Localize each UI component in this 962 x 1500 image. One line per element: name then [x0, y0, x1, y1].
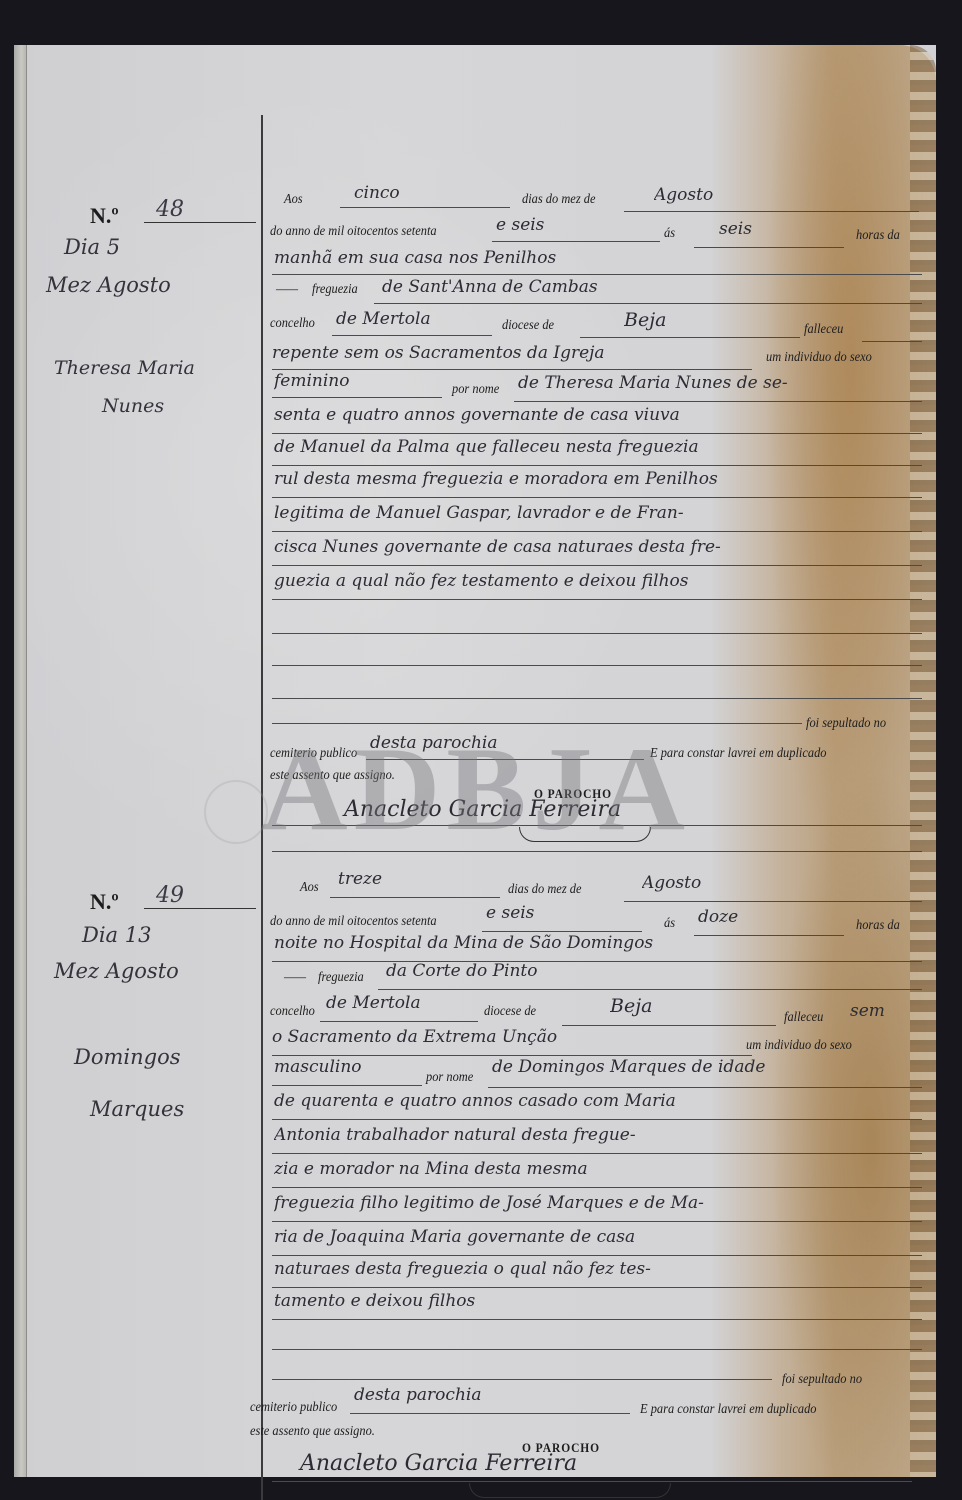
field-sacraments: repente sem os Sacramentos da Igreja	[272, 343, 605, 363]
label-individuo: um individuo do sexo	[766, 349, 872, 365]
field-concelho: de Mertola	[336, 309, 431, 329]
label-falleceu: falleceu	[784, 1009, 823, 1025]
body-line: guezia a qual não fez testamento e deixo…	[274, 571, 689, 591]
label-freguezia: ——	[284, 969, 306, 985]
entry-number-label: N.º	[90, 203, 119, 229]
field-sexo: feminino	[274, 371, 349, 391]
entry-number-label: N.º	[90, 889, 119, 915]
field-day: cinco	[354, 183, 400, 203]
field-cemiterio: desta parochia	[354, 1385, 481, 1405]
label-diocese: diocese de	[502, 317, 554, 333]
label-falleceu: falleceu	[804, 321, 843, 337]
label-sepultado: foi sepultado no	[782, 1371, 862, 1387]
field-month: Agosto	[642, 873, 701, 893]
label-as: ás	[664, 225, 675, 241]
body-line: de quarenta e quatro annos casado com Ma…	[274, 1091, 676, 1111]
margin-name-2: Marques	[90, 1097, 184, 1121]
body-line: ria de Joaquina Maria governante de casa	[274, 1227, 635, 1247]
field-hour: seis	[719, 219, 752, 239]
bleed-through-stamp	[204, 780, 268, 844]
entry-number: 49	[144, 883, 256, 909]
field-freguezia: da Corte do Pinto	[386, 961, 538, 981]
body-line: naturaes desta freguezia o qual não fez …	[274, 1259, 651, 1279]
label-constar: E para constar lavrei em duplicado	[640, 1401, 817, 1417]
label-freguezia: freguezia	[312, 281, 358, 297]
body-line: tamento e deixou filhos	[274, 1291, 475, 1311]
label-dias-mez: dias do mez de	[522, 191, 595, 207]
label-horas: horas da	[856, 227, 900, 243]
field-diocese: Beja	[610, 995, 652, 1017]
field-nome: de Domingos Marques de idade	[492, 1057, 765, 1077]
body-line: de Manuel da Palma que falleceu nesta fr…	[274, 437, 699, 457]
label-concelho: concelho	[270, 1003, 315, 1019]
field-sacraments: o Sacramento da Extrema Unção	[272, 1027, 557, 1047]
field-place: noite no Hospital da Mina de São Domingo…	[274, 933, 653, 953]
label-anno: do anno de mil oitocentos setenta	[270, 223, 437, 239]
margin-month: Mez Agosto	[54, 959, 179, 983]
label-horas: horas da	[856, 917, 900, 933]
label-diocese: diocese de	[484, 1003, 536, 1019]
label-anno: do anno de mil oitocentos setenta	[270, 913, 437, 929]
label-as: ás	[664, 915, 675, 931]
field-concelho: de Mertola	[326, 993, 421, 1013]
label-freguezia: freguezia	[318, 969, 364, 985]
body-line: freguezia filho legitimo de José Marques…	[274, 1193, 704, 1213]
body-line: rul desta mesma freguezia e moradora em …	[274, 469, 718, 489]
field-freguezia: de Sant'Anna de Cambas	[382, 277, 598, 297]
field-place: manhã em sua casa nos Penilhos	[274, 248, 556, 268]
margin-name-1: Theresa Maria	[54, 357, 195, 379]
label-nome: por nome	[426, 1069, 473, 1085]
field-year: e seis	[486, 903, 534, 923]
label-cemiterio: cemiterio publico	[250, 1399, 337, 1415]
margin-name-2: Nunes	[102, 395, 164, 417]
label-concelho: concelho	[270, 315, 315, 331]
register-page: N.º 48 Dia 5 Mez Agosto Theresa Maria Nu…	[14, 45, 936, 1477]
label-nome: por nome	[452, 381, 499, 397]
field-falleceu-after: sem	[850, 1001, 885, 1021]
field-diocese: Beja	[624, 309, 666, 331]
field-month: Agosto	[654, 185, 713, 205]
margin-day: Dia 5	[64, 235, 120, 259]
field-sexo: masculino	[274, 1057, 362, 1077]
body-line: Antonia trabalhador natural desta fregue…	[274, 1125, 636, 1145]
label-aos: Aos	[300, 879, 319, 895]
label-assento: este assento que assigno.	[250, 1423, 375, 1439]
field-hour: doze	[698, 907, 738, 927]
label-individuo: um individuo do sexo	[746, 1037, 852, 1053]
book-spine	[14, 45, 27, 1477]
body-line: cisca Nunes governante de casa naturaes …	[274, 537, 721, 557]
body-line: senta e quatro annos governante de casa …	[274, 405, 680, 425]
label-dias-mez: dias do mez de	[508, 881, 581, 897]
label-sepultado: foi sepultado no	[806, 715, 886, 731]
field-nome: de Theresa Maria Nunes de se-	[518, 373, 788, 393]
margin-name-1: Domingos	[74, 1045, 181, 1069]
field-day: treze	[338, 869, 382, 889]
archive-watermark: ADBJA	[261, 720, 691, 858]
label-freguezia: ——	[276, 281, 298, 297]
priest-signature: Anacleto Garcia Ferreira	[300, 1451, 577, 1476]
body-line: zia e morador na Mina desta mesma	[274, 1159, 588, 1179]
field-year: e seis	[496, 215, 544, 235]
margin-month: Mez Agosto	[46, 273, 171, 297]
body-line: legitima de Manuel Gaspar, lavrador e de…	[274, 503, 684, 523]
label-aos: Aos	[284, 191, 303, 207]
entry-number: 48	[144, 197, 256, 223]
margin-day: Dia 13	[82, 923, 151, 947]
